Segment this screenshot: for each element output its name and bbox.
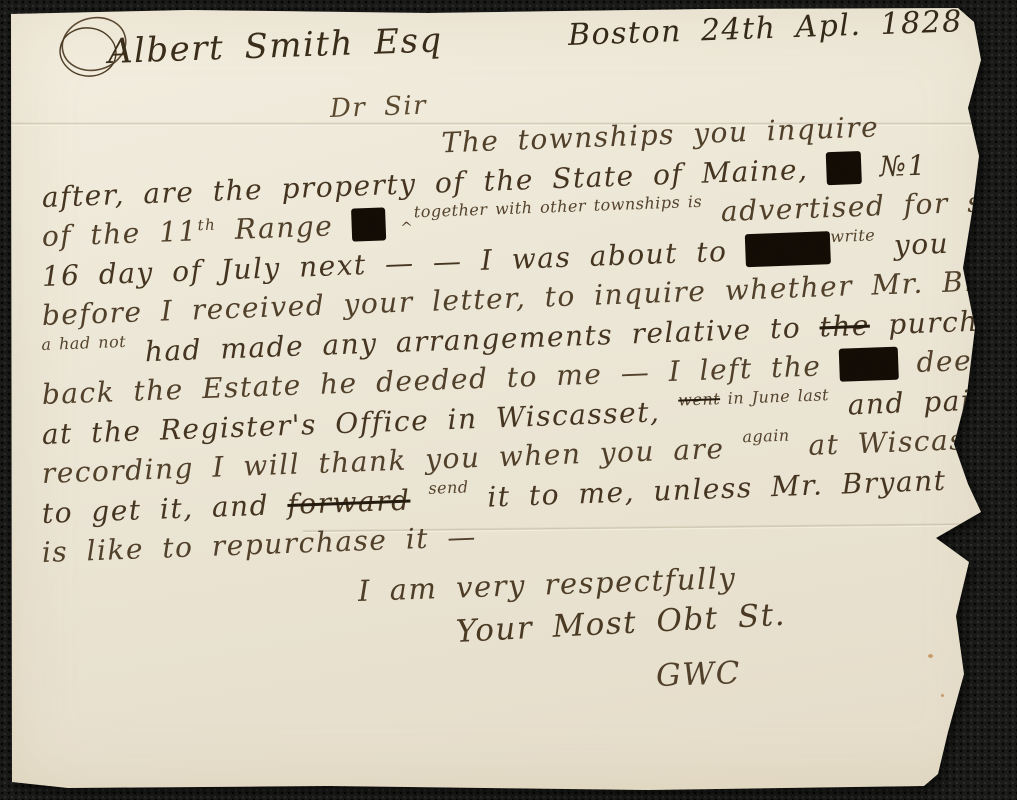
blotted-word: & (826, 150, 862, 184)
manuscript-text: of the 11 (41, 214, 198, 253)
manuscript-text: deed (898, 343, 993, 379)
struck-word: forward (287, 483, 411, 520)
recipient-line: Albert Smith Esq (107, 20, 443, 72)
letter-body: The townships you inquireafter, are the … (42, 138, 986, 573)
interlinear-insert: a had not (41, 331, 126, 353)
blotted-word: the (839, 347, 899, 382)
foxing-spot (928, 654, 933, 658)
interlinear-insert: in June last (720, 385, 830, 408)
blotted-word: is (351, 207, 387, 241)
document-scan-background: { "palette": { "background": "#1b1b19", … (0, 0, 1017, 800)
manuscript-text: №1 (861, 148, 928, 183)
closing-line-obedient-servant: Your Most Obt St. (455, 597, 787, 650)
manuscript-text: to get it, and (41, 488, 288, 530)
letter-paper: Albert Smith Esq Boston 24th Apl. 1828 D… (8, 6, 992, 794)
dateline: Boston 24th Apl. 1828 (567, 4, 963, 53)
manuscript-text: th (197, 216, 216, 235)
letter-paper-wrapper: Albert Smith Esq Boston 24th Apl. 1828 D… (8, 6, 992, 794)
interlinear-insert: went (678, 389, 721, 410)
foxing-spot (941, 694, 944, 697)
manuscript-text: at Wiscasset (789, 421, 1012, 462)
salutation: Dr Sir (329, 91, 427, 124)
manuscript-text (410, 482, 430, 516)
manuscript-text: Range (216, 209, 352, 247)
manuscript-text: ^ (386, 218, 415, 237)
manuscript-text: you (875, 226, 950, 262)
manuscript-text: purchasing (869, 301, 1017, 341)
interlinear-insert: send (428, 477, 469, 497)
signature-initials: GWC (655, 655, 741, 694)
interlinear-insert: write (830, 225, 876, 246)
interlinear-insert: again (742, 426, 790, 447)
struck-word: the (819, 308, 871, 343)
blotted-word: right (745, 231, 831, 267)
